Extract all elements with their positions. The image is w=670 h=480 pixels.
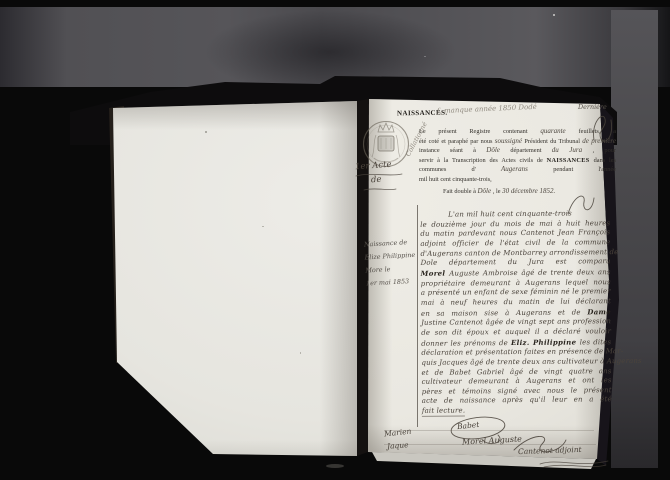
paper-speck <box>300 352 301 354</box>
margin-birth-note: Naissance deElize PhilippineMore le1er m… <box>364 236 423 291</box>
scanned-register-photo: NAISSANCES. ſ. manque année 1850 Dodé De… <box>0 0 670 480</box>
form-line: été coté et paraphé par nous soussigné P… <box>419 137 616 147</box>
paper-speck <box>205 131 207 133</box>
underline-flourish-icon <box>538 456 610 470</box>
dust-speck <box>424 56 426 57</box>
printed-register-form: Le présent Registre contenant quarante f… <box>419 127 616 197</box>
background-top-band <box>0 7 670 87</box>
form-line: servir à la Transcription des Actes civi… <box>419 156 616 166</box>
dust-speck <box>553 14 555 16</box>
signature-left-line2: Jaque <box>387 440 409 450</box>
form-line: instance séant à Dôle département du Jur… <box>419 146 616 156</box>
paper-speck <box>262 226 264 227</box>
act-line: acte de naissance après qu'il leur en a … <box>422 396 612 407</box>
act-number-line2: de <box>371 175 382 186</box>
underline-flourish-icon <box>362 186 398 192</box>
dust-speck <box>326 464 344 468</box>
form-line: communes d' Augerans pendant l'année <box>419 165 616 175</box>
background-right-band <box>611 10 658 468</box>
form-line: mil huit cent cinquante-trois, <box>419 175 616 185</box>
birth-act-text: L'an mil huit cent cinquante-troisle dou… <box>420 209 612 416</box>
form-line: Le présent Registre contenant quarante f… <box>419 127 616 137</box>
